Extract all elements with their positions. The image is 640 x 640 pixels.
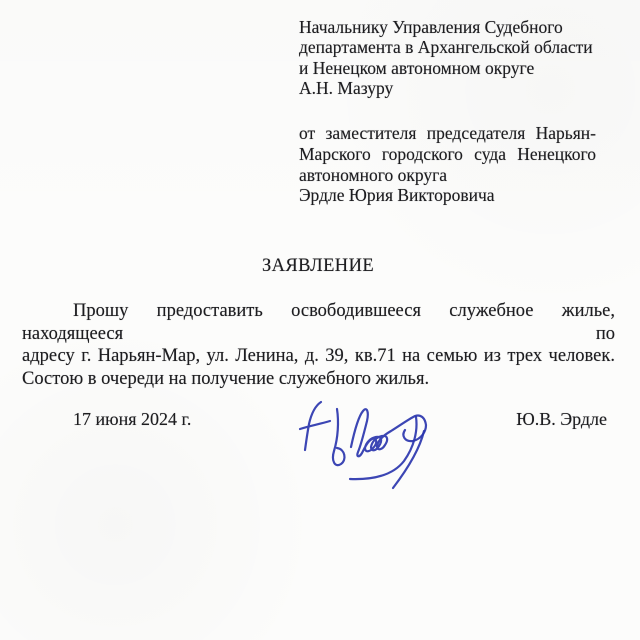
sender-line-1: от заместителя председателя Нарьян- <box>299 123 596 144</box>
handwritten-signature <box>292 391 438 492</box>
body-line-1: Прошу предоставить освободившееся служеб… <box>22 300 615 345</box>
recipient-block: Начальнику Управления Судебного департам… <box>299 17 599 99</box>
document-title: ЗАЯВЛЕНИЕ <box>0 256 636 277</box>
sender-line-2: Марского городского суда Ненецкого <box>299 144 596 165</box>
recipient-line-2: департамента в Архангельской области <box>299 37 599 57</box>
body-line-2: адресу г. Нарьян-Мар, ул. Ленина, д. 39,… <box>22 345 615 368</box>
date-text: 17 июня 2024 г. <box>73 409 191 430</box>
scanned-document-page: Начальнику Управления Судебного департам… <box>0 0 640 640</box>
sender-line-3: автономного округа <box>299 165 596 186</box>
signer-name: Ю.В. Эрдле <box>516 409 607 430</box>
body-line-3: Состою в очереди на получение служебного… <box>22 368 615 391</box>
recipient-line-3: и Ненецком автономном округе <box>299 58 599 78</box>
sender-block: от заместителя председателя Нарьян- Марс… <box>299 123 596 206</box>
recipient-line-1: Начальнику Управления Судебного <box>299 17 599 37</box>
recipient-name: А.Н. Мазуру <box>299 78 599 98</box>
body-paragraph: Прошу предоставить освободившееся служеб… <box>22 300 615 390</box>
sender-name: Эрдле Юрия Викторовича <box>299 185 596 206</box>
